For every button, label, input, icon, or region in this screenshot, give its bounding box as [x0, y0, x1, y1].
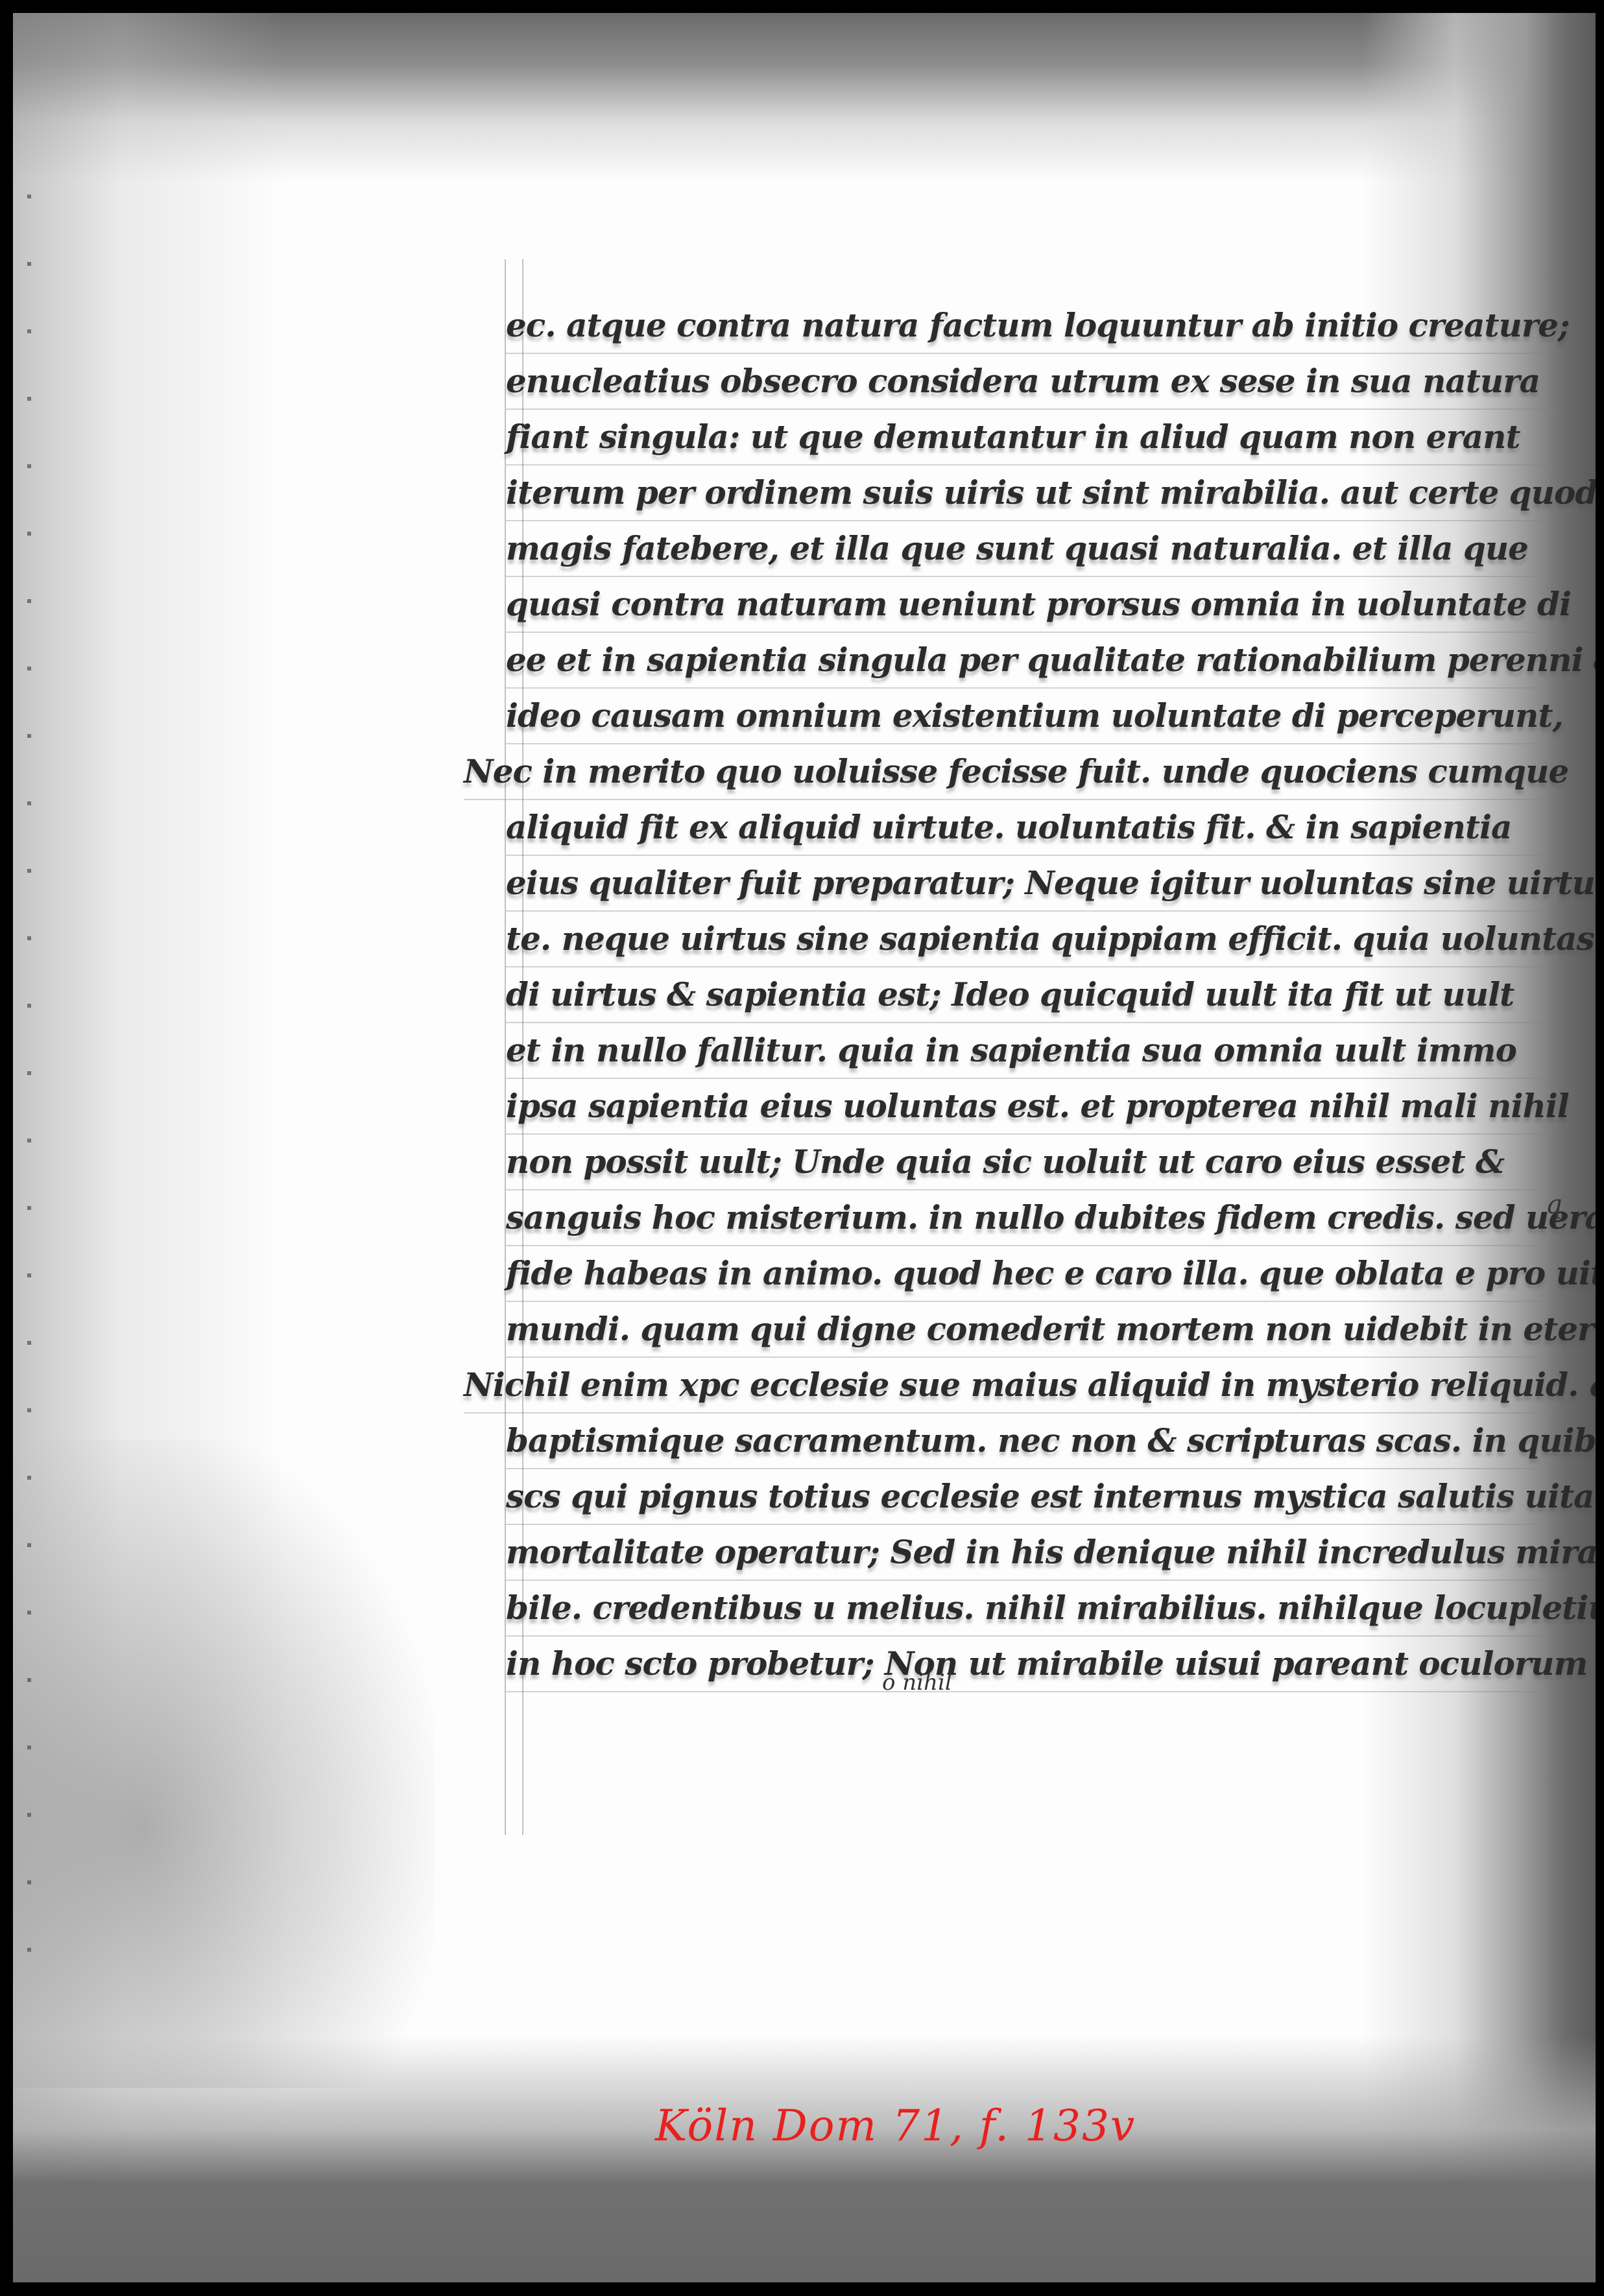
text-line: quasi contra naturam ueniunt prorsus omn…: [506, 577, 1557, 633]
text-line: ec. atque contra natura factum loquuntur…: [506, 298, 1557, 354]
text-line: ee et in sapientia singula per qualitate…: [506, 633, 1557, 689]
manuscript-text-block: ec. atque contra natura factum loquuntur…: [506, 298, 1557, 1692]
photo-shadow-bottom: [13, 2036, 1596, 2282]
text-line: et in nullo fallitur. quia in sapientia …: [506, 1023, 1557, 1079]
text-line: aliquid fit ex aliquid uirtute. uoluntat…: [506, 800, 1557, 856]
text-line: baptismique sacramentum. nec non & scrip…: [506, 1414, 1557, 1469]
text-line: di uirtus & sapientia est; Ideo quicquid…: [506, 967, 1557, 1023]
text-line: magis fatebere, et illa que sunt quasi n…: [506, 521, 1557, 577]
margin-note: q: [1546, 1190, 1562, 1220]
text-line: ipsa sapientia eius uoluntas est. et pro…: [506, 1079, 1557, 1135]
margin-prickings: [27, 195, 31, 2010]
text-line-initial: Nec in merito quo uoluisse fecisse fuit.…: [464, 744, 1557, 800]
text-line: non possit uult; Unde quia sic uoluit ut…: [506, 1135, 1557, 1190]
text-line: scs qui pignus totius ecclesie est inter…: [506, 1469, 1557, 1525]
text-line: mundi. quam qui digne comederit mortem n…: [506, 1302, 1557, 1358]
text-line-initial: Nichil enim xpc ecclesie sue maius aliqu…: [464, 1358, 1557, 1414]
text-line: ideo causam omnium existentium uoluntate…: [506, 689, 1557, 744]
shelfmark-annotation: Köln Dom 71, f. 133v: [655, 2101, 1136, 2151]
text-line: iterum per ordinem suis uiris ut sint mi…: [506, 466, 1557, 521]
text-line: in hoc scto probetur; Non ut mirabile ui…: [506, 1637, 1557, 1692]
text-line: mortalitate operatur; Sed in his denique…: [506, 1525, 1557, 1581]
interlinear-gloss: o nihil: [882, 1670, 952, 1696]
text-line: fide habeas in animo. quod hec e caro il…: [506, 1246, 1557, 1302]
text-line: bile. credentibus u melius. nihil mirabi…: [506, 1581, 1557, 1637]
text-line: fiant singula: ut que demutantur in aliu…: [506, 410, 1557, 466]
parchment-stain: [13, 1439, 435, 2088]
text-line: sanguis hoc misterium. in nullo dubites …: [506, 1190, 1557, 1246]
text-line: te. neque uirtus sine sapientia quippiam…: [506, 912, 1557, 967]
text-line: eius qualiter fuit preparatur; Neque igi…: [506, 856, 1557, 912]
text-line: enucleatius obsecro considera utrum ex s…: [506, 354, 1557, 410]
manuscript-photograph: ec. atque contra natura factum loquuntur…: [13, 13, 1596, 2282]
